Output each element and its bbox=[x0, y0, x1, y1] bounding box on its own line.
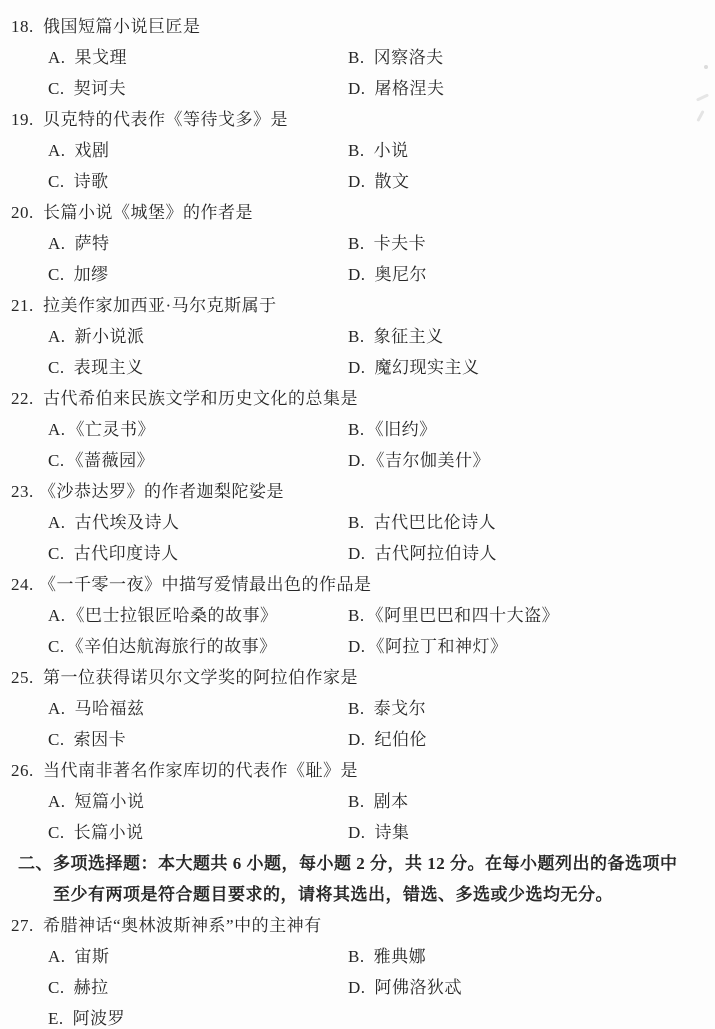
option: A.果戈理 bbox=[48, 42, 127, 73]
option-text: 剧本 bbox=[374, 792, 409, 811]
option-text: 契诃夫 bbox=[74, 79, 127, 98]
option-text: 赫拉 bbox=[74, 978, 109, 997]
option-text: 纪伯伦 bbox=[375, 730, 428, 749]
option: B.卡夫卡 bbox=[348, 228, 426, 259]
option-text: 古代印度诗人 bbox=[74, 544, 179, 563]
question-row: 27.希腊神话“奥林波斯神系”中的主神有 bbox=[0, 910, 715, 941]
option-label: C. bbox=[48, 978, 65, 997]
section-title-line-1: 多项选择题：本大题共 6 小题，每小题 2 分，共 12 分。在每小题列出的备选… bbox=[53, 848, 678, 879]
option-text: 《辛伯达航海旅行的故事》 bbox=[67, 637, 277, 656]
option-label: D. bbox=[348, 823, 366, 842]
question-number: 27. bbox=[11, 910, 34, 941]
option: B.《旧约》 bbox=[348, 414, 437, 445]
option: B.古代巴比伦诗人 bbox=[348, 507, 496, 538]
question-row: 23.《沙恭达罗》的作者迦梨陀娑是 bbox=[0, 476, 715, 507]
option-label: C. bbox=[48, 358, 65, 377]
option-label: D. bbox=[348, 172, 366, 191]
question-row: 22.古代希伯来民族文学和历史文化的总集是 bbox=[0, 383, 715, 414]
question-number: 23. bbox=[11, 476, 34, 507]
option-label: C. bbox=[48, 823, 65, 842]
option: A.古代埃及诗人 bbox=[48, 507, 180, 538]
option-text: 萨特 bbox=[75, 234, 110, 253]
options-row: C.《辛伯达航海旅行的故事》D.《阿拉丁和神灯》 bbox=[0, 631, 715, 662]
options-row: C.赫拉D.阿佛洛狄忒 bbox=[0, 972, 715, 1003]
option-text: 《亡灵书》 bbox=[68, 420, 156, 439]
option: B.泰戈尔 bbox=[348, 693, 426, 724]
option-text: 屠格涅夫 bbox=[375, 79, 445, 98]
option-text: 奥尼尔 bbox=[375, 265, 428, 284]
option-label: A. bbox=[48, 234, 66, 253]
option: A.马哈福兹 bbox=[48, 693, 145, 724]
option: C.加缪 bbox=[48, 259, 109, 290]
option-label: B. bbox=[348, 699, 365, 718]
option-text: 诗集 bbox=[375, 823, 410, 842]
option: D.魔幻现实主义 bbox=[348, 352, 480, 383]
options-row: A.《亡灵书》B.《旧约》 bbox=[0, 414, 715, 445]
option-text: 魔幻现实主义 bbox=[375, 358, 480, 377]
question-text: 拉美作家加西亚·马尔克斯属于 bbox=[43, 290, 277, 321]
question-text: 当代南非著名作家库切的代表作《耻》是 bbox=[43, 755, 358, 786]
option: A.新小说派 bbox=[48, 321, 145, 352]
option-text: 阿波罗 bbox=[73, 1009, 126, 1028]
option-text: 索因卡 bbox=[74, 730, 127, 749]
option-text: 短篇小说 bbox=[75, 792, 145, 811]
option-text: 表现主义 bbox=[74, 358, 144, 377]
option: A.宙斯 bbox=[48, 941, 110, 972]
question-number: 20. bbox=[11, 197, 34, 228]
question-number: 22. bbox=[11, 383, 34, 414]
option-label: C. bbox=[48, 544, 65, 563]
option: C.古代印度诗人 bbox=[48, 538, 179, 569]
option: D.屠格涅夫 bbox=[348, 73, 445, 104]
option: A.《亡灵书》 bbox=[48, 414, 155, 445]
option-label: A. bbox=[48, 699, 66, 718]
option-text: 泰戈尔 bbox=[374, 699, 427, 718]
option-text: 加缪 bbox=[74, 265, 109, 284]
question-text: 俄国短篇小说巨匠是 bbox=[43, 11, 201, 42]
option-text: 《阿拉丁和神灯》 bbox=[368, 637, 508, 656]
question-row: 24.《一千零一夜》中描写爱情最出色的作品是 bbox=[0, 569, 715, 600]
question-number: 21. bbox=[11, 290, 34, 321]
option: D.《阿拉丁和神灯》 bbox=[348, 631, 508, 662]
question-row: 25.第一位获得诺贝尔文学奖的阿拉伯作家是 bbox=[0, 662, 715, 693]
option-text: 《巴士拉银匠哈桑的故事》 bbox=[68, 606, 278, 625]
option: B.象征主义 bbox=[348, 321, 444, 352]
option-label: D. bbox=[348, 451, 366, 470]
option-text: 《阿里巴巴和四十大盗》 bbox=[367, 606, 560, 625]
option-text: 戏剧 bbox=[75, 141, 110, 160]
option: D.诗集 bbox=[348, 817, 410, 848]
option-label: D. bbox=[348, 358, 366, 377]
question-row: 26.当代南非著名作家库切的代表作《耻》是 bbox=[0, 755, 715, 786]
option-label: C. bbox=[48, 637, 65, 656]
option: A.戏剧 bbox=[48, 135, 110, 166]
option: C.表现主义 bbox=[48, 352, 144, 383]
option-label: A. bbox=[48, 420, 66, 439]
option-text: 诗歌 bbox=[74, 172, 109, 191]
option: C.契诃夫 bbox=[48, 73, 126, 104]
question-row: 19.贝克特的代表作《等待戈多》是 bbox=[0, 104, 715, 135]
option-text: 散文 bbox=[375, 172, 410, 191]
option: D.奥尼尔 bbox=[348, 259, 427, 290]
question-number: 26. bbox=[11, 755, 34, 786]
option-label: B. bbox=[348, 947, 365, 966]
option: D.古代阿拉伯诗人 bbox=[348, 538, 497, 569]
option-label: C. bbox=[48, 265, 65, 284]
question-row: 21.拉美作家加西亚·马尔克斯属于 bbox=[0, 290, 715, 321]
options-row: A.马哈福兹B.泰戈尔 bbox=[0, 693, 715, 724]
option: C.诗歌 bbox=[48, 166, 109, 197]
option-text: 《吉尔伽美什》 bbox=[368, 451, 491, 470]
options-row: C.诗歌D.散文 bbox=[0, 166, 715, 197]
option-text: 新小说派 bbox=[75, 327, 145, 346]
question-text: 《沙恭达罗》的作者迦梨陀娑是 bbox=[39, 476, 284, 507]
section-title-line-2: 至少有两项是符合题目要求的，请将其选出，错选、多选或少选均无分。 bbox=[53, 879, 613, 910]
option: D.纪伯伦 bbox=[348, 724, 427, 755]
exam-content: 18.俄国短篇小说巨匠是A.果戈理B.冈察洛夫C.契诃夫D.屠格涅夫19.贝克特… bbox=[0, 11, 715, 1029]
option-text: 长篇小说 bbox=[74, 823, 144, 842]
option: C.长篇小说 bbox=[48, 817, 144, 848]
option-label: D. bbox=[348, 265, 366, 284]
option-text: 阿佛洛狄忒 bbox=[375, 978, 463, 997]
question-number: 25. bbox=[11, 662, 34, 693]
question-text: 贝克特的代表作《等待戈多》是 bbox=[43, 104, 288, 135]
question-text: 希腊神话“奥林波斯神系”中的主神有 bbox=[43, 910, 322, 941]
question-number: 18. bbox=[11, 11, 34, 42]
option: C.赫拉 bbox=[48, 972, 109, 1003]
option: C.索因卡 bbox=[48, 724, 126, 755]
option-text: 卡夫卡 bbox=[374, 234, 427, 253]
option: D.《吉尔伽美什》 bbox=[348, 445, 490, 476]
option-label: E. bbox=[48, 1009, 64, 1028]
option: D.阿佛洛狄忒 bbox=[348, 972, 462, 1003]
option-text: 象征主义 bbox=[374, 327, 444, 346]
option-text: 古代巴比伦诗人 bbox=[374, 513, 497, 532]
option: B.《阿里巴巴和四十大盗》 bbox=[348, 600, 559, 631]
options-row: A.戏剧B.小说 bbox=[0, 135, 715, 166]
option-text: 马哈福兹 bbox=[75, 699, 145, 718]
option-label: B. bbox=[348, 420, 365, 439]
options-row: C.古代印度诗人D.古代阿拉伯诗人 bbox=[0, 538, 715, 569]
option: B.冈察洛夫 bbox=[348, 42, 444, 73]
section-header-line-2: 至少有两项是符合题目要求的，请将其选出，错选、多选或少选均无分。 bbox=[0, 879, 715, 910]
question-number: 24. bbox=[11, 569, 34, 600]
options-row: A.果戈理B.冈察洛夫 bbox=[0, 42, 715, 73]
question-text: 长篇小说《城堡》的作者是 bbox=[43, 197, 253, 228]
option-label: C. bbox=[48, 451, 65, 470]
options-row: A.古代埃及诗人B.古代巴比伦诗人 bbox=[0, 507, 715, 538]
option-text: 小说 bbox=[374, 141, 409, 160]
question-text: 古代希伯来民族文学和历史文化的总集是 bbox=[43, 383, 358, 414]
exam-scan-page: 18.俄国短篇小说巨匠是A.果戈理B.冈察洛夫C.契诃夫D.屠格涅夫19.贝克特… bbox=[0, 0, 715, 1029]
question-text: 第一位获得诺贝尔文学奖的阿拉伯作家是 bbox=[43, 662, 358, 693]
option-label: B. bbox=[348, 792, 365, 811]
option-text: 宙斯 bbox=[75, 947, 110, 966]
options-row: C.长篇小说D.诗集 bbox=[0, 817, 715, 848]
option: B.剧本 bbox=[348, 786, 409, 817]
section-header-line-1: 二、多项选择题：本大题共 6 小题，每小题 2 分，共 12 分。在每小题列出的… bbox=[0, 848, 715, 879]
option-label: D. bbox=[348, 978, 366, 997]
option: A.萨特 bbox=[48, 228, 110, 259]
option-label: C. bbox=[48, 172, 65, 191]
option-label: C. bbox=[48, 730, 65, 749]
option-label: B. bbox=[348, 234, 365, 253]
option: D.散文 bbox=[348, 166, 410, 197]
options-row: A.短篇小说B.剧本 bbox=[0, 786, 715, 817]
scan-smudge-dot bbox=[704, 65, 708, 69]
option: C.《蔷薇园》 bbox=[48, 445, 154, 476]
option-text: 果戈理 bbox=[75, 48, 128, 67]
option-label: A. bbox=[48, 792, 66, 811]
options-row: A.新小说派B.象征主义 bbox=[0, 321, 715, 352]
options-row: A.宙斯B.雅典娜 bbox=[0, 941, 715, 972]
options-row: C.索因卡D.纪伯伦 bbox=[0, 724, 715, 755]
option-label: A. bbox=[48, 947, 66, 966]
option: B.小说 bbox=[348, 135, 409, 166]
option-label: C. bbox=[48, 79, 65, 98]
option-label: A. bbox=[48, 48, 66, 67]
option-label: D. bbox=[348, 637, 366, 656]
section-marker: 二、 bbox=[18, 848, 53, 879]
option: A.短篇小说 bbox=[48, 786, 145, 817]
options-row: C.表现主义D.魔幻现实主义 bbox=[0, 352, 715, 383]
options-row: E.阿波罗 bbox=[0, 1003, 715, 1029]
options-row: C.《蔷薇园》D.《吉尔伽美什》 bbox=[0, 445, 715, 476]
options-row: A.《巴士拉银匠哈桑的故事》B.《阿里巴巴和四十大盗》 bbox=[0, 600, 715, 631]
option-label: A. bbox=[48, 327, 66, 346]
option-label: D. bbox=[348, 544, 366, 563]
option-label: B. bbox=[348, 327, 365, 346]
question-text: 《一千零一夜》中描写爱情最出色的作品是 bbox=[39, 569, 372, 600]
option-label: B. bbox=[348, 141, 365, 160]
question-row: 20.长篇小说《城堡》的作者是 bbox=[0, 197, 715, 228]
options-row: C.契诃夫D.屠格涅夫 bbox=[0, 73, 715, 104]
option-label: B. bbox=[348, 513, 365, 532]
option-label: A. bbox=[48, 513, 66, 532]
option: B.雅典娜 bbox=[348, 941, 426, 972]
option: E.阿波罗 bbox=[48, 1003, 125, 1029]
question-row: 18.俄国短篇小说巨匠是 bbox=[0, 11, 715, 42]
option-text: 古代阿拉伯诗人 bbox=[375, 544, 498, 563]
question-number: 19. bbox=[11, 104, 34, 135]
option-text: 《旧约》 bbox=[367, 420, 437, 439]
option: A.《巴士拉银匠哈桑的故事》 bbox=[48, 600, 278, 631]
option-label: B. bbox=[348, 606, 365, 625]
options-row: A.萨特B.卡夫卡 bbox=[0, 228, 715, 259]
option-text: 古代埃及诗人 bbox=[75, 513, 180, 532]
option-label: A. bbox=[48, 141, 66, 160]
option-text: 雅典娜 bbox=[374, 947, 427, 966]
option-label: D. bbox=[348, 79, 366, 98]
option-label: D. bbox=[348, 730, 366, 749]
option-text: 《蔷薇园》 bbox=[67, 451, 155, 470]
options-row: C.加缪D.奥尼尔 bbox=[0, 259, 715, 290]
option-label: A. bbox=[48, 606, 66, 625]
option: C.《辛伯达航海旅行的故事》 bbox=[48, 631, 277, 662]
option-label: B. bbox=[348, 48, 365, 67]
option-text: 冈察洛夫 bbox=[374, 48, 444, 67]
